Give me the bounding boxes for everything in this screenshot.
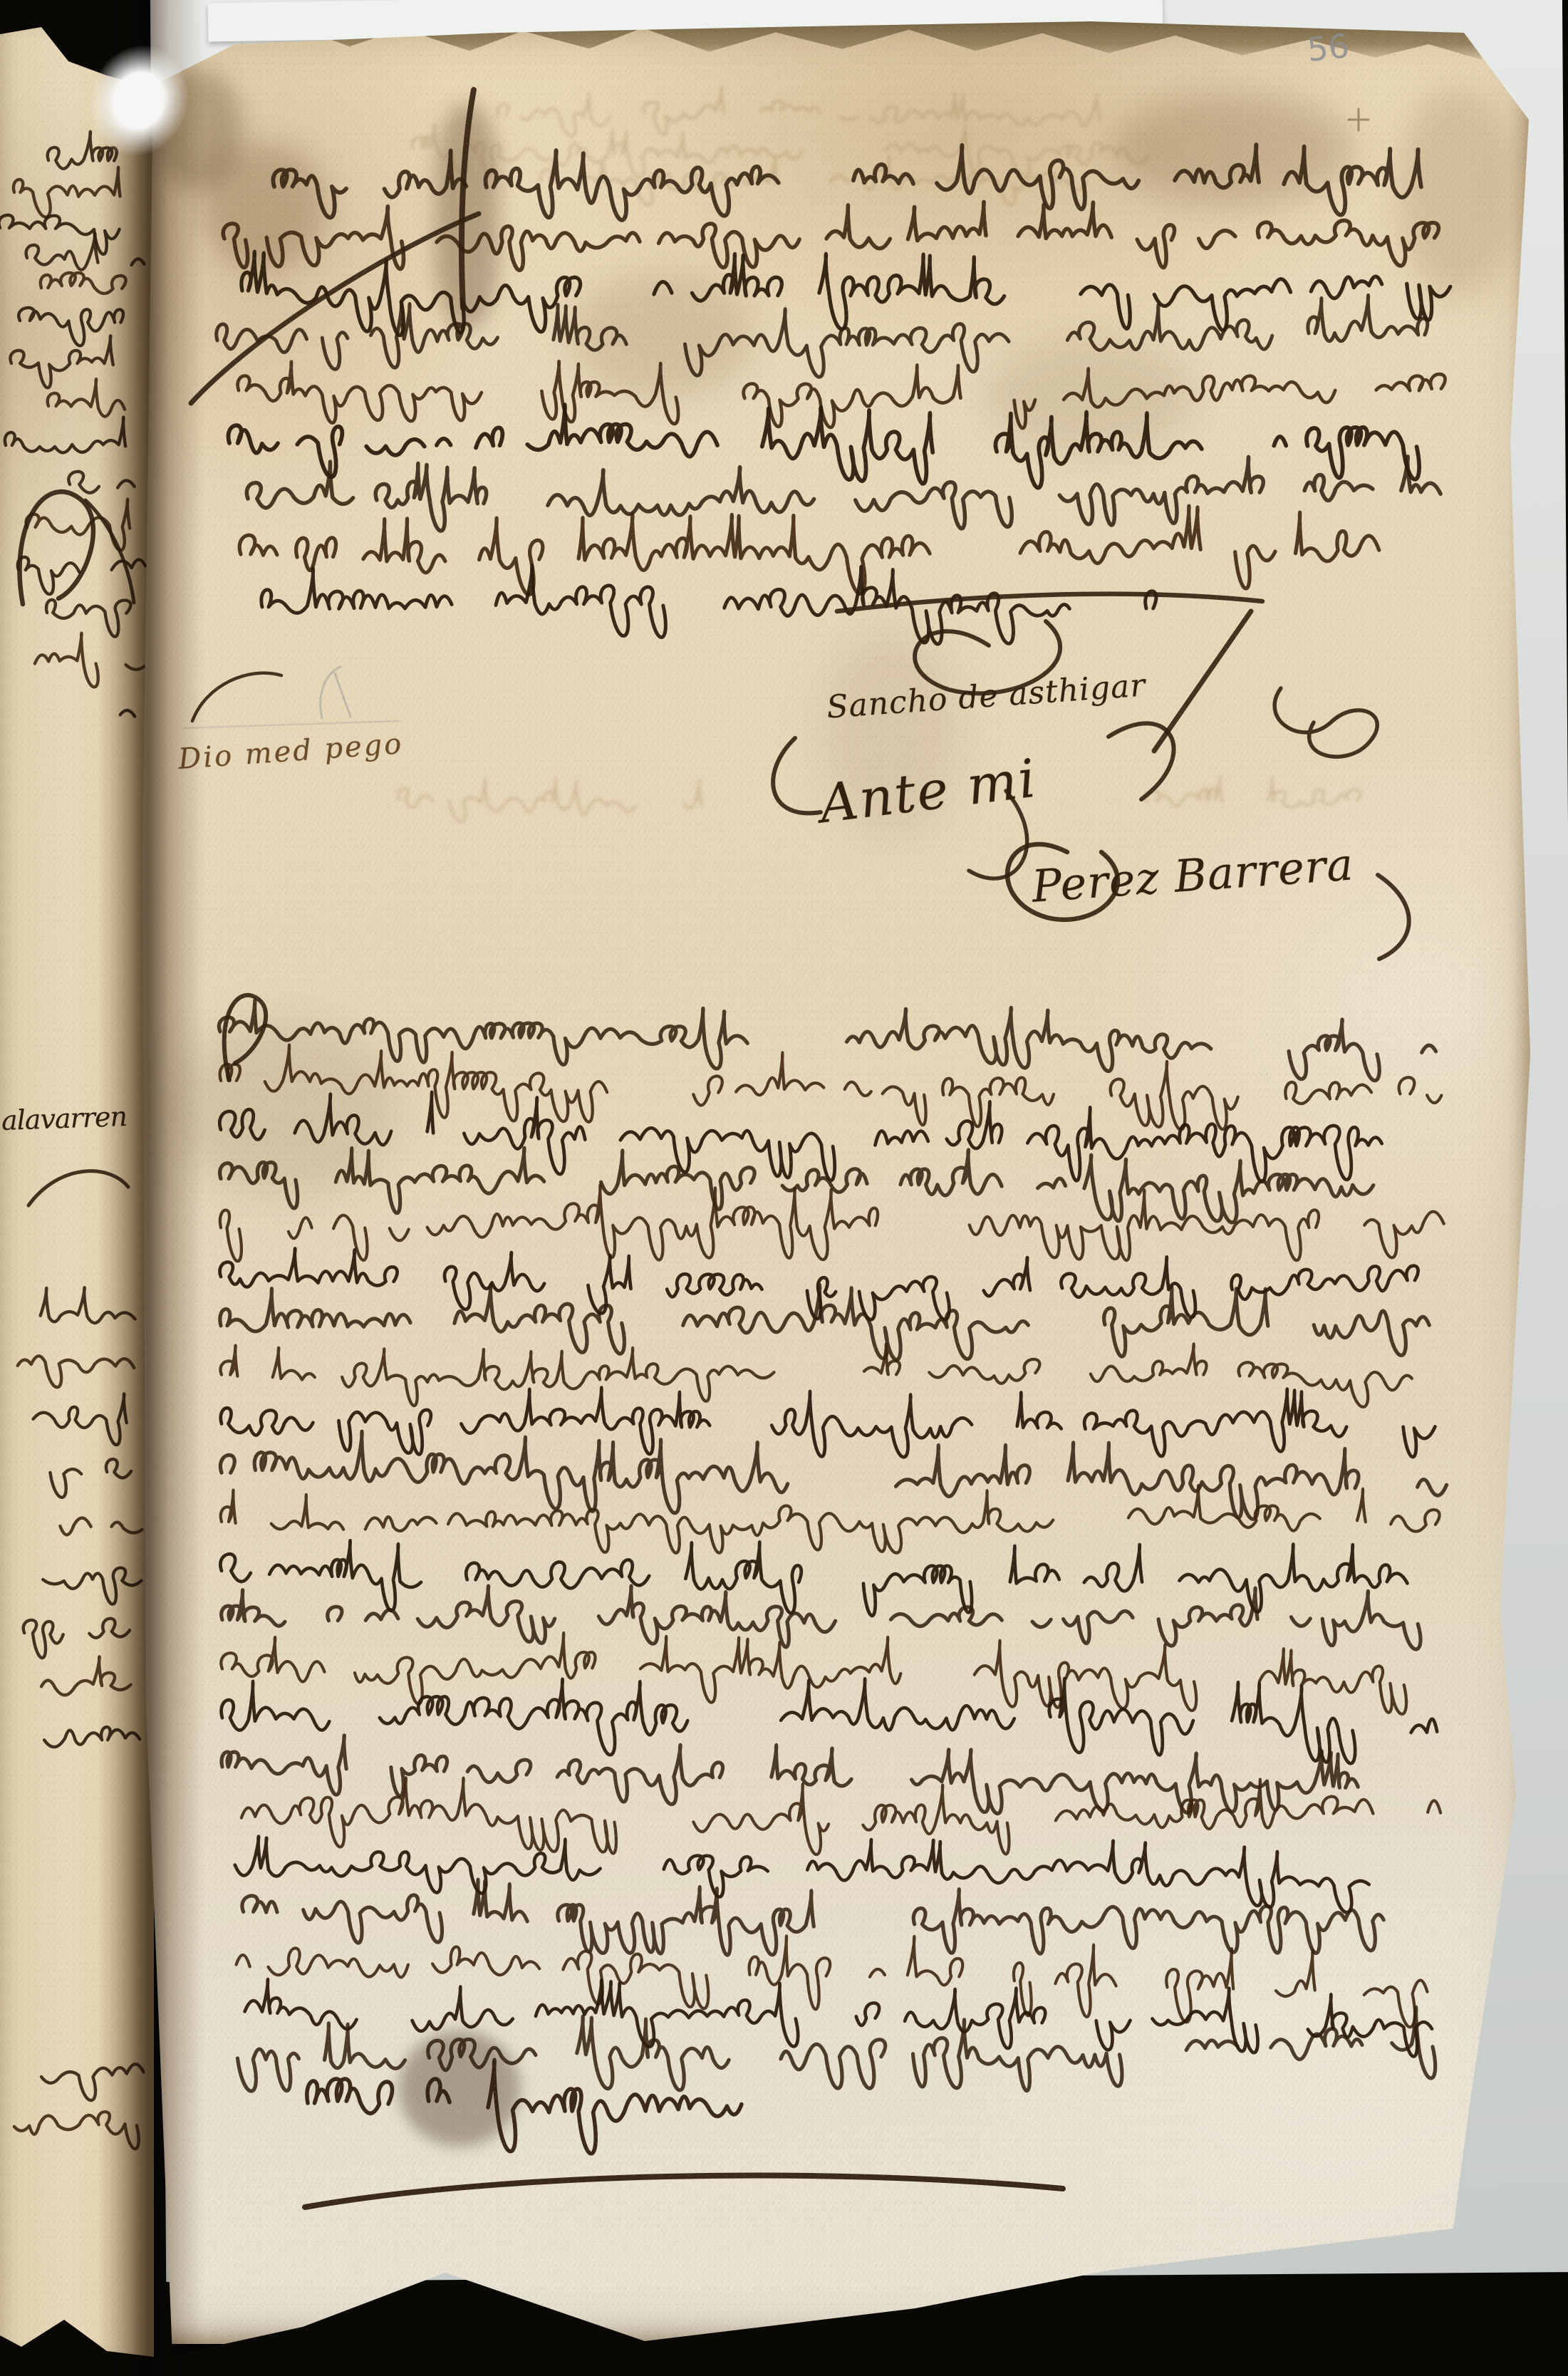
script-line [237,355,1445,433]
script-line [245,1979,1432,2056]
script-line [41,1656,130,1695]
script-line [242,244,1451,337]
script-line [307,2060,786,2153]
lower-text-block [219,1000,1453,2154]
script-line [35,633,145,688]
manuscript-photo: alavarren 56 Dio med pego Sancho de asth… [0,0,1568,2376]
script-line [219,1000,1436,1081]
script-line [24,1619,130,1658]
script-line [51,1459,132,1498]
script-line [246,455,1440,533]
script-line [68,472,134,493]
script-line [44,1727,140,1747]
script-line [1274,688,1377,757]
handwriting-ink-layer [135,20,1530,2344]
script-line [242,1879,1383,1955]
script-line [773,738,821,813]
script-line [41,273,126,294]
script-line [1378,875,1409,959]
script-line [10,336,113,388]
script-line [14,167,120,217]
script-line [48,379,125,416]
script-line [335,673,351,717]
upper-text-block [216,142,1465,648]
script-line [220,1043,1442,1131]
script-line [41,1287,135,1323]
script-line [220,1342,1412,1408]
script-line [305,2175,1063,2207]
script-line [222,1735,1359,1817]
script-line [239,505,1379,598]
manuscript-page: 56 Dio med pego Sancho de asthigar Ante … [135,20,1530,2344]
script-line [498,88,1100,136]
script-line [223,199,1439,273]
pencil-scribble [184,667,399,728]
facing-signature-fragment: alavarren [1,1101,127,1136]
script-line [234,1833,1369,1913]
script-line [0,215,120,254]
script-line [33,1394,127,1445]
script-line [184,721,399,728]
script-line [60,1518,142,1535]
folio-number: 56 [1305,26,1351,69]
facing-page-ink [0,0,154,2376]
script-line [19,492,93,604]
script-line [14,2112,139,2149]
script-line [398,779,702,822]
script-line [219,1176,1444,1271]
script-line [261,562,1157,648]
script-line [28,1171,128,1205]
script-line [221,1582,1421,1655]
script-line [5,417,125,453]
script-line [1349,109,1369,130]
script-line [1146,777,1360,807]
script-line [43,1568,141,1604]
script-line [220,1381,1435,1465]
script-line [19,308,123,346]
script-line [46,600,130,637]
script-line [18,1356,135,1387]
script-line [221,1676,1437,1768]
script-line [221,1631,1407,1714]
script-line [192,673,281,721]
facing-page-edge: alavarren [0,0,154,2376]
script-line [412,125,1148,177]
script-line [120,710,135,717]
script-line [219,1090,1383,1186]
script-line [41,2064,143,2100]
script-line [220,1539,1408,1619]
script-line [321,667,341,718]
script-line [26,234,145,270]
script-line [462,90,474,308]
